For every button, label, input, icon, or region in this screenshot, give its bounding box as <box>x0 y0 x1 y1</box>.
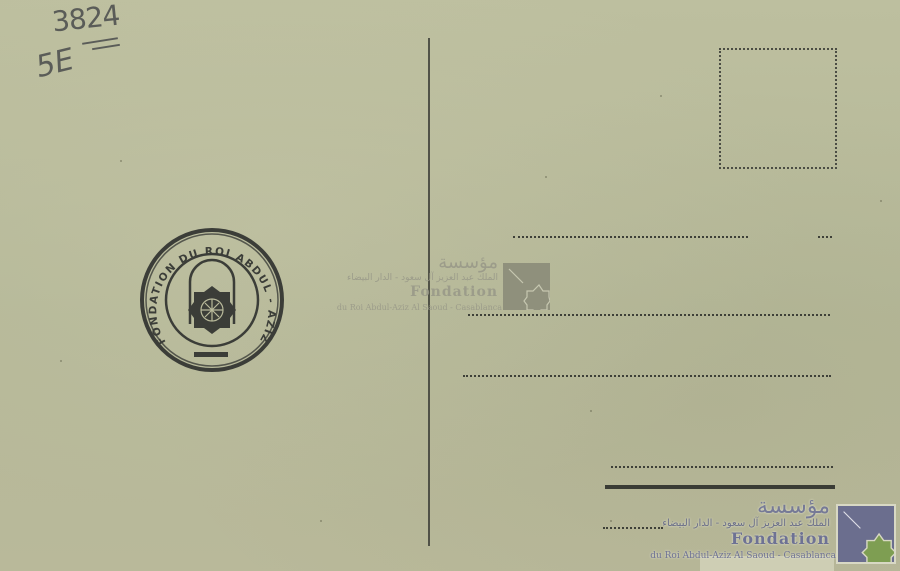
paper-speck <box>60 360 62 362</box>
pencil-underline <box>92 44 120 50</box>
octagram-emblem-icon <box>188 286 236 334</box>
address-line-1-tail <box>818 236 832 238</box>
foundation-logo-icon <box>503 263 550 310</box>
paper-speck <box>545 176 547 178</box>
paper-speck <box>610 520 612 522</box>
address-line-3 <box>463 375 831 377</box>
paper-speck <box>320 520 322 522</box>
foundation-logo-icon <box>836 504 896 564</box>
pencil-underline <box>82 37 118 45</box>
paper-speck <box>120 160 122 162</box>
watermark-subtitle: du Roi Abdul-Aziz Al Saoud - Casablanca <box>337 302 502 314</box>
foundation-seal-stamp: FONDATION DU ROI ABDUL - AZIZ AL SAOUD <box>136 224 288 376</box>
stamp-placeholder-box <box>719 48 837 169</box>
watermark-fondation: Fondation <box>330 284 498 300</box>
watermark-arabic-title: مؤسسة <box>330 254 498 272</box>
address-line-2 <box>468 314 830 316</box>
postcard-back: 3824 5E FONDATION DU ROI ABDUL - AZIZ AL… <box>0 0 900 571</box>
paper-speck <box>880 200 882 202</box>
paper-speck <box>590 410 592 412</box>
watermark-corner: مؤسسة الملك عبد العزيز آل سعود - الدار ا… <box>640 496 830 548</box>
paper-speck <box>660 95 662 97</box>
handwritten-code: 5E <box>32 42 77 85</box>
watermark-fondation: Fondation <box>640 530 830 548</box>
watermark-subtitle: du Roi Abdul-Aziz Al Saoud - Casablanca <box>650 550 836 562</box>
watermark-arabic-title: مؤسسة <box>640 496 830 518</box>
watermark-center: مؤسسة الملك عبد العزيز آل سعود - الدار ا… <box>330 254 498 300</box>
handwritten-number: 3824 <box>50 0 120 38</box>
address-line-5-solid <box>605 485 835 489</box>
address-line-4 <box>611 466 833 468</box>
watermark-arabic-subtitle: الملك عبد العزيز آل سعود - الدار البيضاء <box>330 272 498 284</box>
address-line-1 <box>513 236 748 238</box>
